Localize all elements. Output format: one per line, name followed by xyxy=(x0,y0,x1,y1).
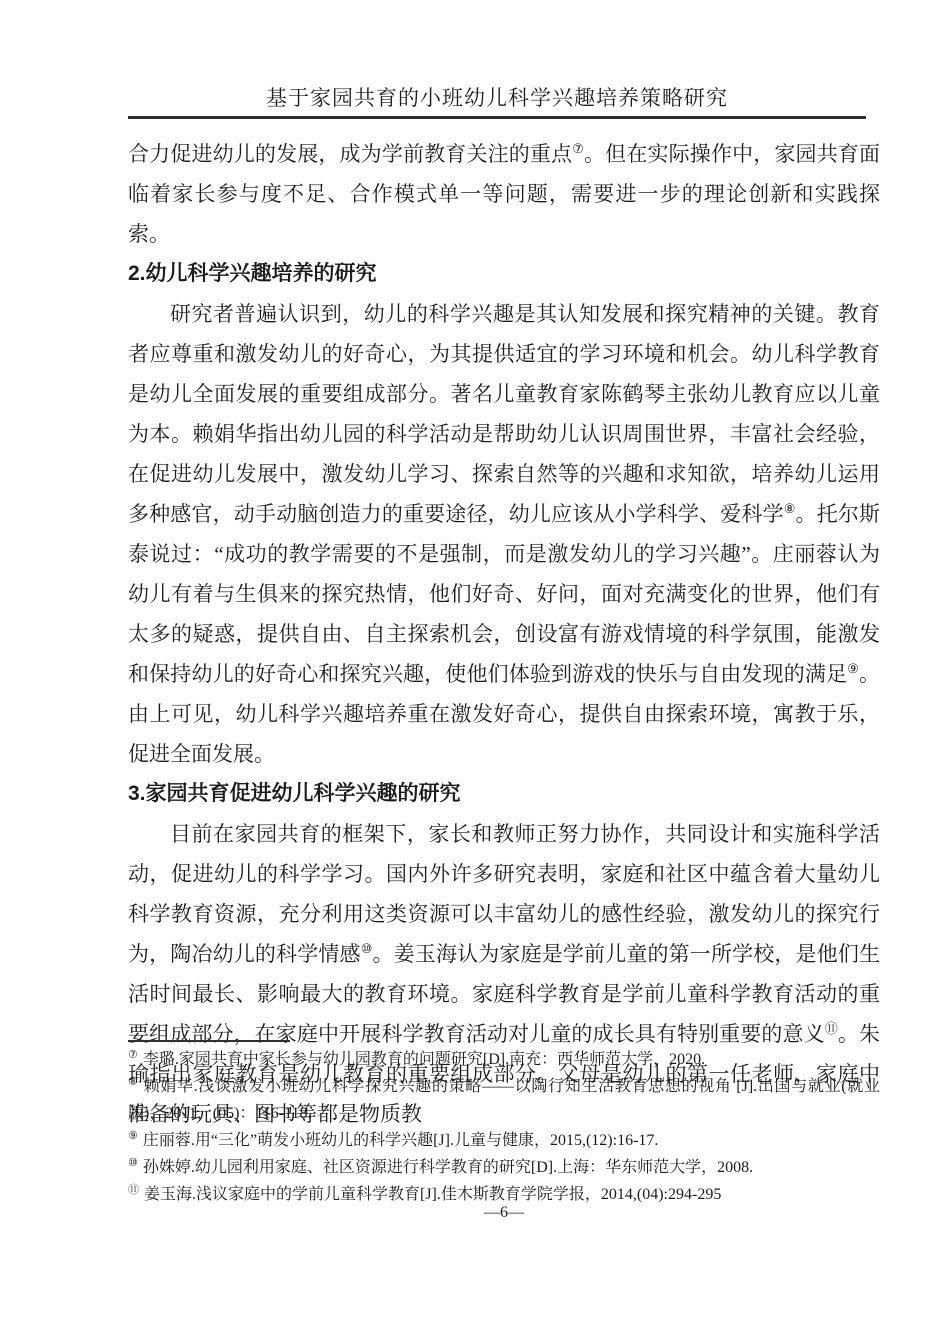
footnote-separator xyxy=(128,1040,290,1042)
footnote-reference: ⑩ xyxy=(361,941,373,956)
footnote-reference: ⑨ xyxy=(847,661,859,676)
footnote-item: ⑩孙姝婷.幼儿园利用家庭、社区资源进行科学教育的研究[D].上海：华东师范大学，… xyxy=(128,1154,880,1181)
footnote-text: 孙姝婷.幼儿园利用家庭、社区资源进行科学教育的研究[D].上海：华东师范大学，2… xyxy=(143,1159,753,1176)
footnote-reference: ⑪ xyxy=(825,1021,838,1036)
footnote-marker: ⑩ xyxy=(128,1157,138,1169)
footnote-text: 李璐.家园共育中家长参与幼儿园教育的问题研究[D].南充：西华师范大学，2020… xyxy=(143,1051,705,1068)
footnote-item: ⑧赖娟华.浅谈激发小班幼儿科学探究兴趣的策略——以陶行知生活教育思想的视角 [J… xyxy=(128,1073,880,1127)
section-heading-3: 3.家园共育促进幼儿科学兴趣的研究 xyxy=(128,774,880,814)
paragraph-continuation: 合力促进幼儿的发展，成为学前教育关注的重点⑦。但在实际操作中，家园共育面临着家长… xyxy=(128,134,880,254)
section-heading-2: 2.幼儿科学兴趣培养的研究 xyxy=(128,254,880,294)
running-head-title: 基于家园共育的小班幼儿科学兴趣培养策略研究 xyxy=(128,84,866,112)
footnote-text: 赖娟华.浅谈激发小班幼儿科学探究兴趣的策略——以陶行知生活教育思想的视角 [J]… xyxy=(128,1078,880,1122)
document-body: 合力促进幼儿的发展，成为学前教育关注的重点⑦。但在实际操作中，家园共育面临着家长… xyxy=(128,134,880,1134)
footnote-reference: ⑦ xyxy=(572,141,584,156)
footnote-reference: ⑧ xyxy=(784,501,796,516)
page-number: —6— xyxy=(128,1202,880,1224)
footnote-item: ⑨庄丽蓉.用“三化”萌发小班幼儿的科学兴趣[J].儿童与健康，2015,(12)… xyxy=(128,1127,880,1154)
footnote-marker: ⑪ xyxy=(128,1184,139,1196)
footnote-marker: ⑨ xyxy=(128,1130,138,1142)
footnotes-section: ⑦李璐.家园共育中家长参与幼儿园教育的问题研究[D].南充：西华师范大学，202… xyxy=(128,1046,880,1208)
footnote-text: 姜玉海.浅议家庭中的学前儿童科学教育[J].佳木斯教育学院学报，2014,(04… xyxy=(144,1186,721,1203)
document-page: 基于家园共育的小班幼儿科学兴趣培养策略研究 合力促进幼儿的发展，成为学前教育关注… xyxy=(0,0,950,1344)
footnote-marker: ⑧ xyxy=(128,1076,139,1088)
section-2-paragraph: 研究者普遍认识到，幼儿的科学兴趣是其认知发展和探究精神的关键。教育者应尊重和激发… xyxy=(128,294,880,774)
header-rule xyxy=(128,116,866,119)
footnote-marker: ⑦ xyxy=(128,1049,138,1061)
footnote-text: 庄丽蓉.用“三化”萌发小班幼儿的科学兴趣[J].儿童与健康，2015,(12):… xyxy=(143,1132,659,1149)
footnote-item: ⑦李璐.家园共育中家长参与幼儿园教育的问题研究[D].南充：西华师范大学，202… xyxy=(128,1046,880,1073)
